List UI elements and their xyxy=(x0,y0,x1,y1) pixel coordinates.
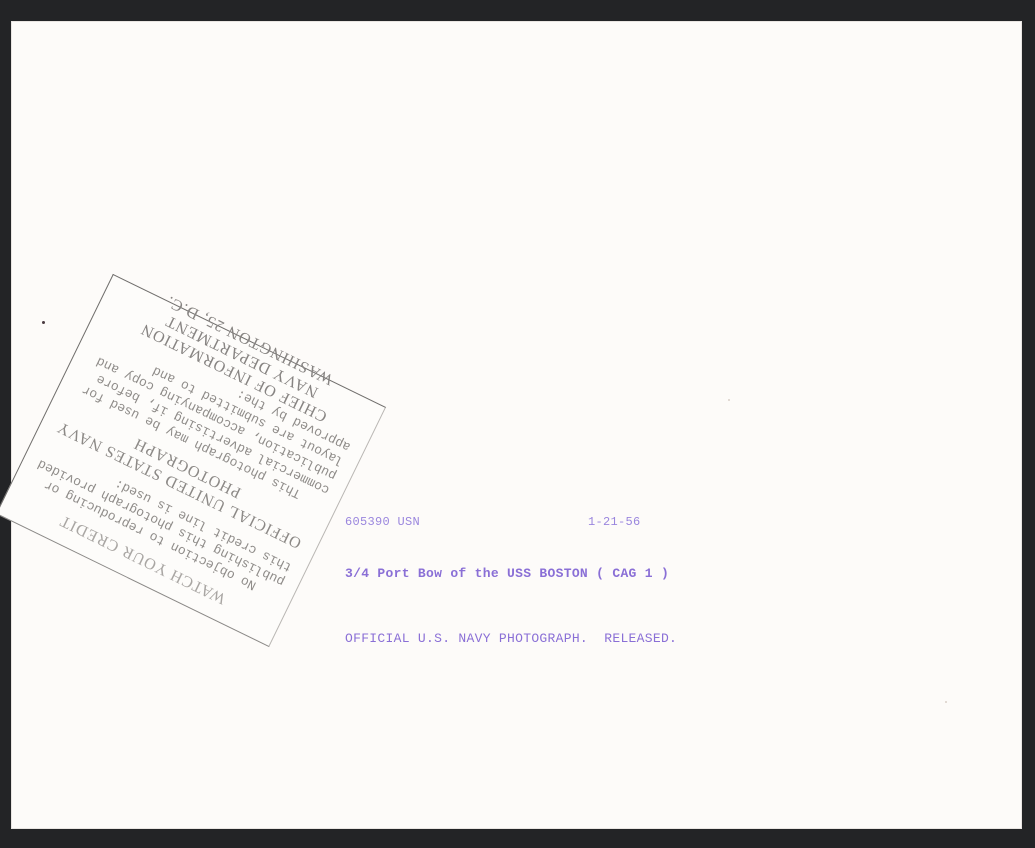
photo-number: 605390 USN xyxy=(345,515,420,529)
photo-date: 1-21-56 xyxy=(588,515,641,529)
credit-stamp: WATCH YOUR CREDIT No objection to reprod… xyxy=(0,274,386,647)
release-line: OFFICIAL U.S. NAVY PHOTOGRAPH. RELEASED. xyxy=(345,631,677,646)
paper-speck xyxy=(945,701,947,703)
paper-speck xyxy=(728,399,730,401)
photo-description: 3/4 Port Bow of the USS BOSTON ( CAG 1 ) xyxy=(345,566,669,581)
ink-speck xyxy=(42,321,45,324)
photo-back-paper: WATCH YOUR CREDIT No objection to reprod… xyxy=(11,21,1022,829)
